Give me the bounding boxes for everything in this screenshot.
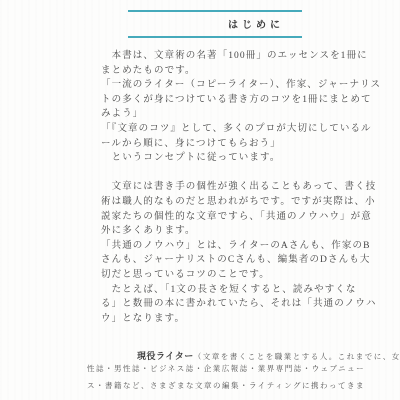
body-line: 「共通のノウハウ」とは、ライターのAさんも、作家のB <box>101 239 396 254</box>
author-note-line: 現役ライター（文章を書くことを職業とする人。これまでに、女 <box>137 346 400 364</box>
body-line: る」と数冊の本に書かれていたら、それは「共通のノウハ <box>101 297 396 312</box>
body-line: 本書は、文章術の名著「100冊」のエッセンスを1冊に <box>101 49 396 64</box>
page-title: はじめに <box>128 12 302 36</box>
body-line: たとえば、「1文の長さを短くすると、読みやすくな <box>101 283 396 298</box>
body-line: というコンセプトに従っています。 <box>101 151 396 166</box>
book-page: はじめに 本書は、文章術の名著「100冊」のエッセンスを1冊に まとめたものです… <box>0 0 400 400</box>
body-line: 文章には書き手の個性が強く出ることもあって、書く技 <box>101 180 396 195</box>
author-note-line: ス・書籍など、さまざまな文章の編集・ライティングに携わってきま <box>87 380 365 391</box>
body-line: ウ」となります。 <box>101 312 396 327</box>
body-line: 切だと思っているコツのことです。 <box>101 268 396 283</box>
page-header: はじめに <box>128 10 302 38</box>
body-line: 説家たちの個性的な文章ですら、「共通のノウハウ」が意 <box>101 210 396 225</box>
author-note-label: 現役ライター <box>137 351 194 361</box>
body-line-blank <box>101 166 396 181</box>
body-line: まとめたものです。 <box>101 64 396 79</box>
author-note-text: （文章を書くことを職業とする人。これまでに、女 <box>194 352 400 361</box>
body-line: 外に多くあります。 <box>101 224 396 239</box>
body-line: 術は職人的なものだと思われがちです。ですが実際は、小 <box>101 195 396 210</box>
body-line: みよう」 <box>101 107 396 122</box>
header-rule-bottom <box>128 36 302 38</box>
author-note-line: 性誌・男性誌・ビジネス誌・企業広報誌・業界専門誌・ウェブニュー <box>87 363 365 374</box>
body-line: トの多くが身につけている書き方のコツを1冊にまとめて <box>101 93 396 108</box>
body-text: 本書は、文章術の名著「100冊」のエッセンスを1冊に まとめたものです。 「一流… <box>101 49 396 326</box>
body-line: 「『文章のコツ』として、多くのプロが大切にしているル <box>101 122 396 137</box>
body-line: ールから順に、身につけてもらおう」 <box>101 137 396 152</box>
body-line: 「一流のライター（コピーライター）、作家、ジャーナリス <box>101 78 396 93</box>
body-line: さんも、ジャーナリストのCさんも、編集者のDさんも大 <box>101 253 396 268</box>
